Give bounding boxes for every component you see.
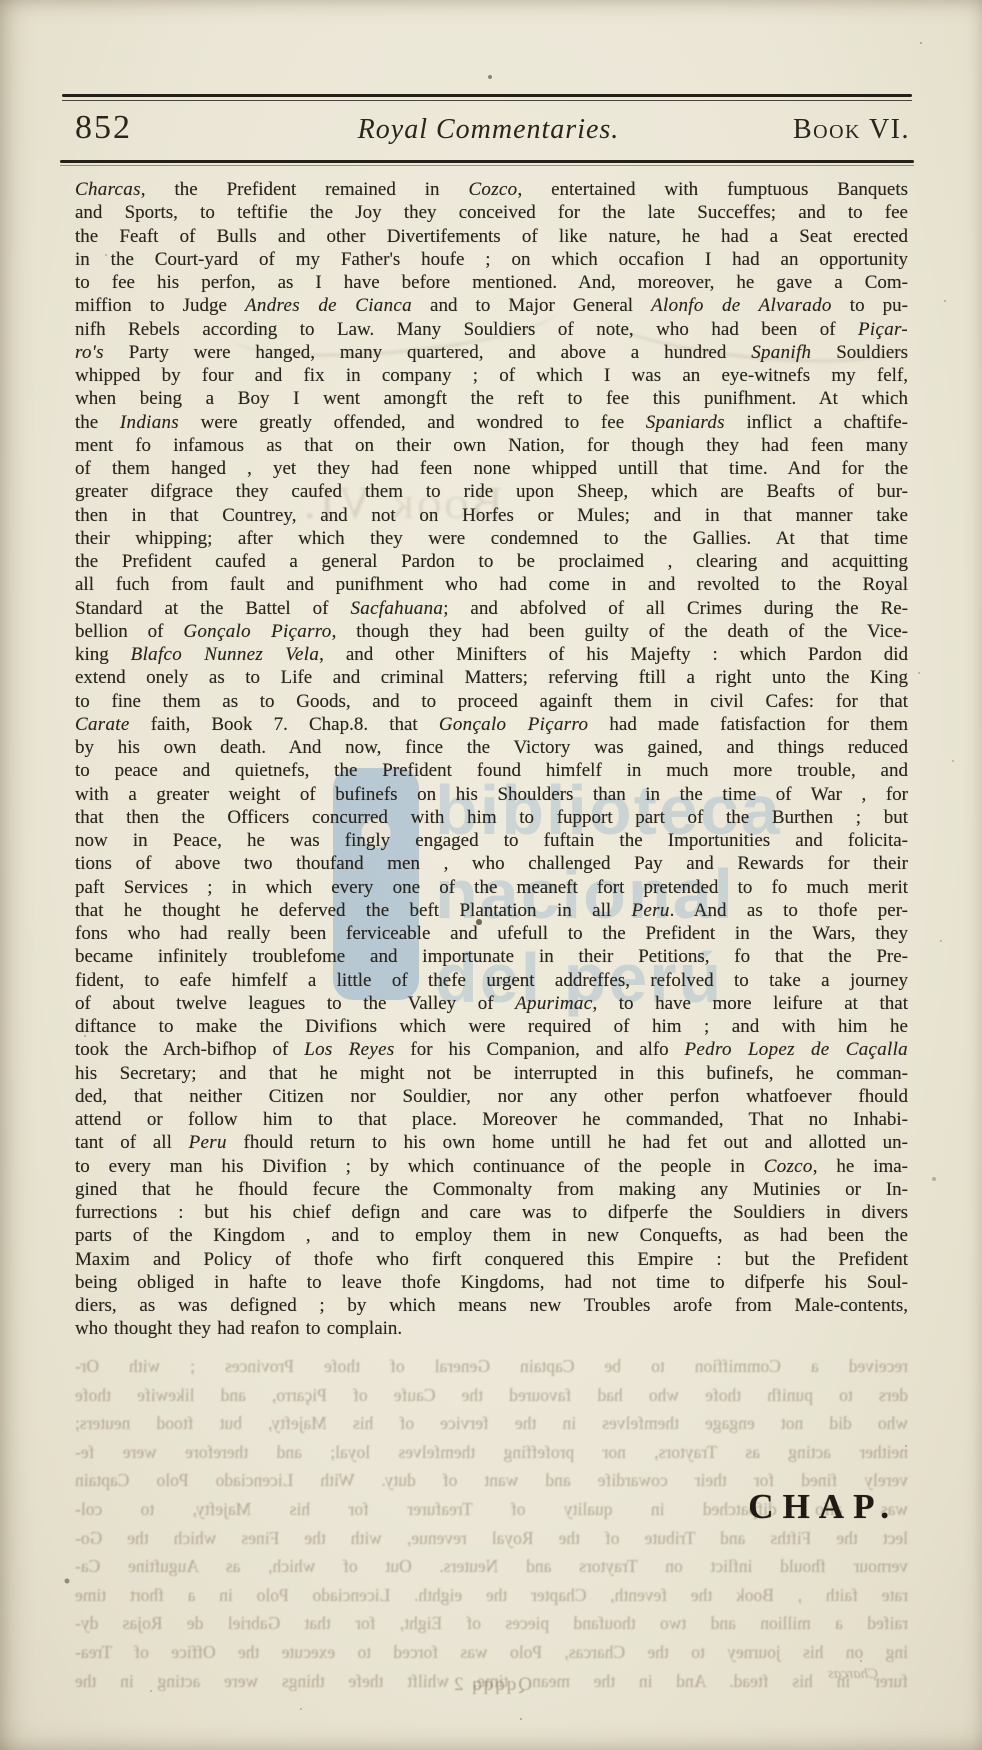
text-line: fident, to eafe himfelf a little of thef… [75, 969, 908, 992]
text-line: all fuch from fault and punifhment who h… [75, 573, 908, 596]
text-line: being obliged in hafte to leave thofe Ki… [75, 1271, 908, 1294]
text-line: tions of above two thoufand men , who ch… [75, 852, 908, 875]
body-text: Charcas, the Prefident remained in Cozco… [75, 178, 908, 1341]
text-line: king Blafco Nunnez Vela, and other Minif… [75, 643, 908, 666]
ghost-line: rate faith , Book the feventh, Chapter t… [75, 1581, 908, 1610]
text-line: Carate faith, Book 7. Chap.8. that Gonça… [75, 713, 908, 736]
text-line: of about twelve leagues to the Valley of… [75, 992, 908, 1015]
text-line: to fine them as to Goods, and to proceed… [75, 690, 908, 713]
text-line: gined that he fhould fecure the Commonal… [75, 1178, 908, 1201]
ghost-line: who did not engage themfelves in the fer… [75, 1409, 908, 1438]
text-line: tant of all Peru fhould return to his ow… [75, 1131, 908, 1154]
page-number: 852 [75, 109, 132, 147]
text-line: the Feaft of Bulls and other Divertifeme… [75, 225, 908, 248]
chapter-heading: CHAP. [748, 1487, 898, 1527]
ghost-line: lect the Fifths and Tribute of the Royal… [75, 1524, 908, 1553]
ghost-line: ing on his journey to the Charcas, Polo … [75, 1638, 908, 1667]
page-header: 852 Royal Commentaries. Book VI. [75, 109, 910, 147]
ghost-line: received a Commiffion to be Captain Gene… [75, 1352, 908, 1381]
show-through-catchword: Qqqqq 2 [452, 1674, 532, 1696]
text-line: their whipping; after which they were co… [75, 527, 908, 550]
text-line: of them hanged , yet they had feen none … [75, 457, 908, 480]
book-page: 852 Royal Commentaries. Book VI. bibliot… [0, 0, 982, 1750]
text-line: nifh Rebels according to Law. Many Sould… [75, 318, 908, 341]
text-line: Standard at the Battel of Sacfahuana; an… [75, 597, 908, 620]
ghost-line: vernour fhould inflict on Traytors and N… [75, 1552, 908, 1581]
text-line: who thought they had reafon to complain. [75, 1317, 908, 1340]
text-line: furrections : but his chief defign and c… [75, 1201, 908, 1224]
text-line: to peace and quietnefs, the Prefident fo… [75, 759, 908, 782]
text-line: extend onely as to Life and criminal Mat… [75, 666, 908, 689]
ghost-line: neither acting as Traytors, nor profeffi… [75, 1438, 908, 1467]
text-line: in the Court-yard of my Father's houfe ;… [75, 248, 908, 271]
text-line: ded, that neither Citizen nor Souldier, … [75, 1085, 908, 1108]
text-line: the Prefident caufed a general Pardon to… [75, 550, 908, 573]
ghost-line: ders to punifh thofe who had favoured th… [75, 1381, 908, 1410]
text-line: attend or follow him to that place. More… [75, 1108, 908, 1131]
text-line: parts of the Kingdom , and to employ the… [75, 1224, 908, 1247]
text-line: that then the Officers concurred with hi… [75, 806, 908, 829]
text-line: became infinitely troublefome and import… [75, 945, 908, 968]
text-line: Maxim and Policy of thofe who firft conq… [75, 1248, 908, 1271]
text-line: now in Peace, he was fingly engaged to f… [75, 829, 908, 852]
running-title: Royal Commentaries. [358, 114, 620, 146]
text-line: diers, as was defigned ; by which means … [75, 1294, 908, 1317]
text-line: that he thought he deferved the beft Pla… [75, 899, 908, 922]
text-line: whipped by four and fix in company ; of … [75, 364, 908, 387]
text-line: bellion of Gonçalo Piçarro, though they … [75, 620, 908, 643]
text-line: miffion to Judge Andres de Cianca and to… [75, 294, 908, 317]
text-line: then in that Countrey, and not on Horfes… [75, 504, 908, 527]
text-line: to fee his perfon, as I have before ment… [75, 271, 908, 294]
book-label: Book VI. [793, 114, 910, 146]
text-line: ro's Party were hanged, many quartered, … [75, 341, 908, 364]
text-line: diftance to make the Divifions which wer… [75, 1015, 908, 1038]
text-line: greater difgrace they caufed them to rid… [75, 480, 908, 503]
top-double-rule [62, 94, 912, 101]
text-line: Charcas, the Prefident remained in Cozco… [75, 178, 908, 201]
header-rule [60, 160, 914, 166]
text-line: paft Services ; in which every one of th… [75, 876, 908, 899]
text-line: with a greater weight of bufinefs on his… [75, 783, 908, 806]
paper-specks [0, 0, 2, 2]
show-through-signature-word: Charcas [828, 1666, 878, 1683]
text-line: ment fo infamous as that on their own Na… [75, 434, 908, 457]
text-line: his Secretary; and that he might not be … [75, 1062, 908, 1085]
text-line: when being a Boy I went amongft the reft… [75, 387, 908, 410]
text-line: took the Arch-bifhop of Los Reyes for hi… [75, 1038, 908, 1061]
text-line: to every man his Divifion ; by which con… [75, 1155, 908, 1178]
text-line: the Indians were greatly offended, and w… [75, 411, 908, 434]
text-line: fons who had really been ferviceable and… [75, 922, 908, 945]
ghost-line: raifed a million and two thoufand pieces… [75, 1609, 908, 1638]
text-line: and Sports, to teftifie the Joy they con… [75, 201, 908, 224]
text-line: by his own death. And now, fince the Vic… [75, 736, 908, 759]
